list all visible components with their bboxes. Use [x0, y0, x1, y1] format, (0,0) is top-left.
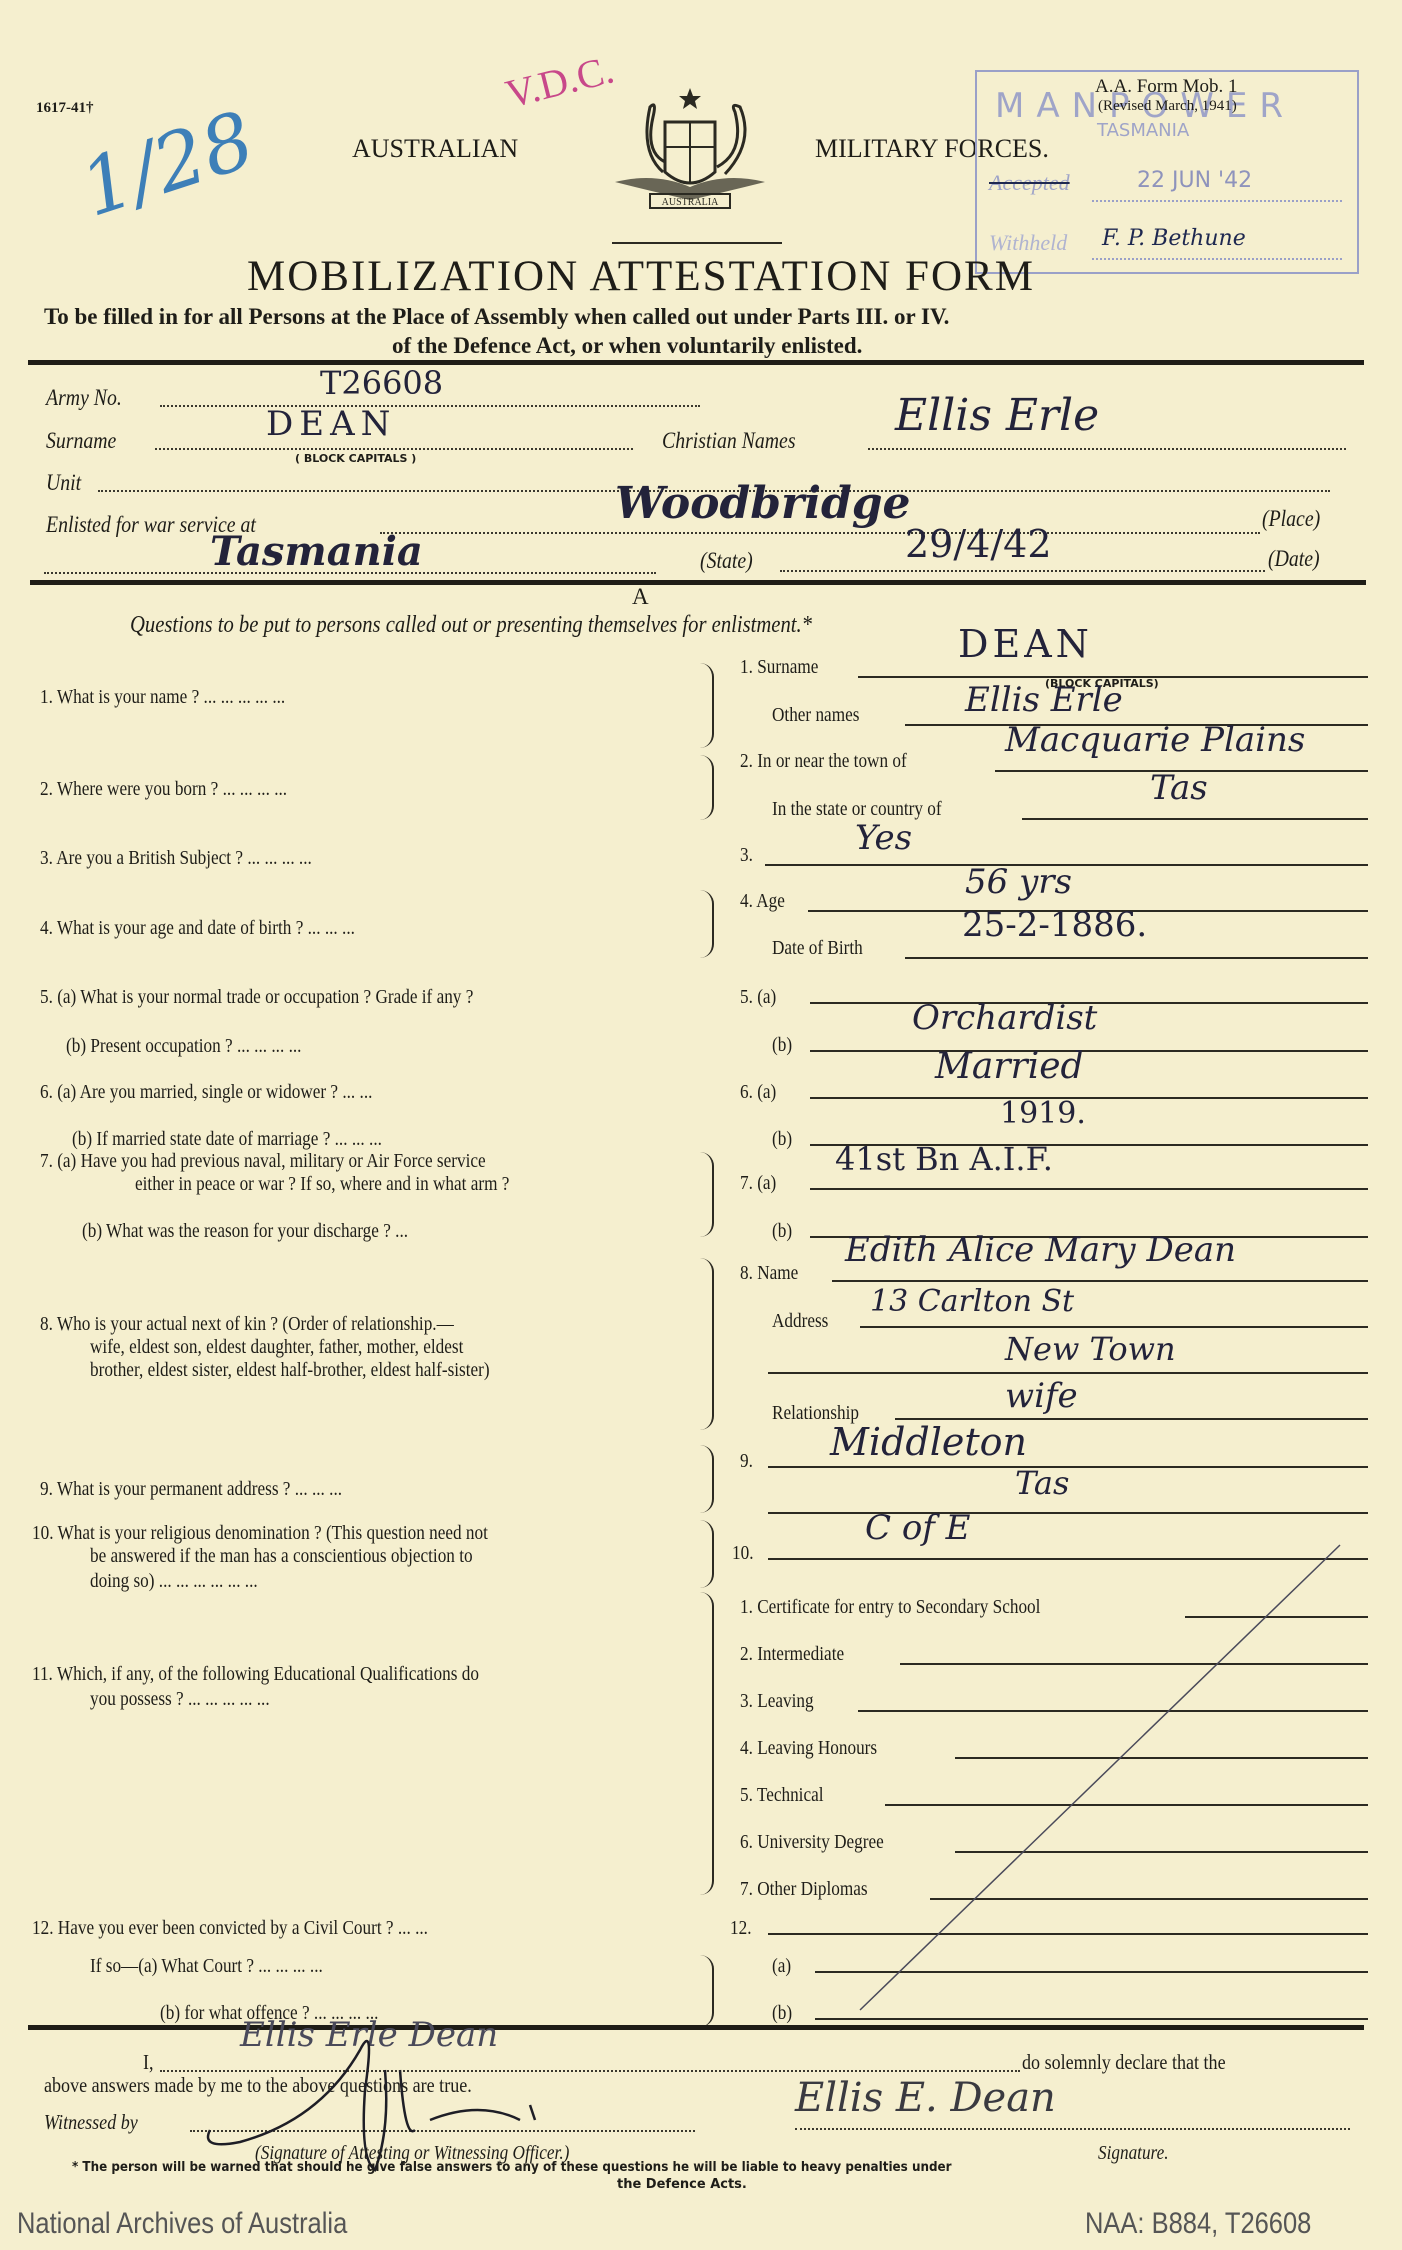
- brace-q2: [700, 755, 714, 820]
- question-8-line1: 8. Who is your actual next of kin ? (Ord…: [40, 1313, 454, 1336]
- question-3: 3. Are you a British Subject ? ... ... .…: [40, 847, 312, 870]
- answer-8-relationship[interactable]: wife: [1005, 1376, 1078, 1416]
- answer-12a-label: (a): [772, 1955, 791, 1978]
- answer-8-name[interactable]: Edith Alice Mary Dean: [845, 1230, 1236, 1270]
- answer-2-state-line: [1022, 818, 1368, 820]
- question-6b: (b) If married state date of marriage ? …: [72, 1128, 382, 1151]
- svg-text:AUSTRALIA: AUSTRALIA: [662, 197, 719, 208]
- footer-reference: NAA: B884, T26608: [1085, 2207, 1311, 2241]
- army-no-line: [160, 405, 700, 407]
- stamp-accepted-line: [1092, 200, 1342, 202]
- divider-fields: [30, 580, 1366, 585]
- manpower-date: 22 JUN '42: [1137, 168, 1252, 193]
- question-10-line3: doing so) ... ... ... ... ... ...: [90, 1570, 258, 1593]
- form-revision: (Revised March, 1941): [1098, 98, 1237, 115]
- answer-5a-label: 5. (a): [740, 986, 776, 1009]
- answer-9-line2-value[interactable]: Tas: [1015, 1464, 1069, 1502]
- warning-line2: the Defence Acts.: [617, 2177, 747, 2192]
- diagonal-strike-line: [850, 1540, 1350, 2020]
- signature-line: [795, 2128, 1350, 2130]
- block-capitals-note: ( BLOCK CAPITALS ): [295, 452, 416, 465]
- answer-2-town[interactable]: Macquarie Plains: [1005, 720, 1305, 760]
- brace-q10: [700, 1520, 714, 1588]
- answer-8-address2[interactable]: New Town: [1005, 1330, 1176, 1368]
- place-suffix: (Place): [1262, 506, 1320, 532]
- attestation-form-page: 1617-41† 1/28 V.D.C. AUSTRALIAN AUSTRALI…: [0, 0, 1402, 2250]
- answer-4-dob-line: [905, 957, 1368, 959]
- question-7a-line2: either in peace or war ? If so, where an…: [135, 1173, 509, 1196]
- question-12a: If so—(a) What Court ? ... ... ... ...: [90, 1955, 323, 1978]
- education-item-label: 5. Technical: [740, 1784, 824, 1807]
- answer-7a-line: [810, 1188, 1368, 1190]
- state-line: [44, 572, 656, 574]
- brace-q11: [700, 1592, 714, 1895]
- answer-8-name-label: 8. Name: [740, 1262, 798, 1285]
- declaration-i-label: I,: [143, 2050, 154, 2075]
- question-8-line2: wife, eldest son, eldest daughter, fathe…: [90, 1336, 463, 1359]
- main-title: MOBILIZATION ATTESTATION FORM: [247, 252, 1035, 301]
- answer-4-dob-label: Date of Birth: [772, 937, 863, 960]
- answer-9-line2: [768, 1512, 1368, 1514]
- answer-8-address-line1: [860, 1326, 1368, 1328]
- manpower-signature: F. P. Bethune: [1102, 226, 1246, 251]
- question-11-line1: 11. Which, if any, of the following Educ…: [32, 1663, 479, 1686]
- footer-archive-name: National Archives of Australia: [17, 2207, 347, 2241]
- witnessed-label: Witnessed by: [44, 2110, 138, 2135]
- section-letter: A: [632, 584, 649, 610]
- form-id: A.A. Form Mob. 1: [1095, 76, 1238, 98]
- answer-6b-label: (b): [772, 1128, 792, 1151]
- question-7b: (b) What was the reason for your dischar…: [82, 1220, 408, 1243]
- surname-value[interactable]: DEAN: [266, 404, 396, 444]
- question-5a: 5. (a) What is your normal trade or occu…: [40, 986, 473, 1009]
- question-1: 1. What is your name ? ... ... ... ... .…: [40, 686, 285, 709]
- surname-line: [155, 448, 633, 450]
- state-value[interactable]: Tasmania: [210, 528, 423, 575]
- form-code: 1617-41†: [36, 100, 94, 117]
- answer-1-other[interactable]: Ellis Erle: [965, 680, 1123, 720]
- applicant-signature[interactable]: Ellis E. Dean: [795, 2075, 1056, 2121]
- brace-q9: [700, 1445, 714, 1513]
- question-10-line1: 10. What is your religious denomination …: [32, 1522, 488, 1545]
- question-10-line2: be answered if the man has a conscientio…: [90, 1545, 473, 1568]
- answer-8-address-line2: [768, 1372, 1368, 1374]
- date-suffix: (Date): [1268, 546, 1320, 572]
- question-2: 2. Where were you born ? ... ... ... ...: [40, 778, 287, 801]
- answer-6a-line: [810, 1097, 1368, 1099]
- answer-7a-label: 7. (a): [740, 1172, 776, 1195]
- question-9: 9. What is your permanent address ? ... …: [40, 1478, 342, 1501]
- warning-line1: * The person will be warned that should …: [72, 2160, 952, 2175]
- stamp-withheld-line: [1092, 258, 1342, 260]
- answer-4-age-label: 4. Age: [740, 890, 785, 913]
- answer-8-address-label: Address: [772, 1310, 828, 1333]
- army-no-label: Army No.: [46, 385, 122, 411]
- brace-q4: [700, 890, 714, 958]
- subtitle-line1: To be filled in for all Persons at the P…: [44, 304, 949, 330]
- answer-5b-label: (b): [772, 1034, 792, 1057]
- place-value[interactable]: Woodbridge: [615, 478, 910, 529]
- brace-q8: [700, 1258, 714, 1430]
- answer-9-label: 9.: [740, 1450, 753, 1473]
- answer-9-line1-value[interactable]: Middleton: [830, 1420, 1027, 1464]
- answer-7a[interactable]: 41st Bn A.I.F.: [835, 1140, 1053, 1178]
- answer-2-state[interactable]: Tas: [1150, 768, 1208, 808]
- answer-12-label: 12.: [730, 1917, 752, 1940]
- christian-names-line: [868, 448, 1346, 450]
- christian-names-value[interactable]: Ellis Erle: [895, 390, 1099, 441]
- brace-q12: [700, 1955, 714, 2027]
- question-8-line3: brother, eldest sister, eldest half-brot…: [90, 1359, 490, 1382]
- date-line: [780, 570, 1265, 572]
- brace-q1: [700, 663, 714, 748]
- education-item-label: 7. Other Diplomas: [740, 1878, 868, 1901]
- brace-q7: [700, 1152, 714, 1237]
- answer-5b[interactable]: Orchardist: [912, 998, 1097, 1038]
- subtitle-line2: of the Defence Act, or when voluntarily …: [392, 333, 862, 359]
- question-4: 4. What is your age and date of birth ? …: [40, 917, 355, 940]
- surname-label: Surname: [46, 428, 116, 454]
- army-no-value[interactable]: T26608: [320, 364, 443, 402]
- state-label: (State): [700, 548, 753, 574]
- title-australian: AUSTRALIAN: [352, 134, 518, 164]
- answer-8-name-line: [832, 1280, 1368, 1282]
- answer-2-town-label: 2. In or near the town of: [740, 750, 907, 773]
- answer-4-dob[interactable]: 25-2-1886.: [962, 905, 1147, 945]
- manpower-stamp-region: TASMANIA: [1097, 120, 1189, 141]
- section-intro: Questions to be put to persons called ou…: [130, 612, 812, 639]
- date-value[interactable]: 29/4/42: [905, 522, 1052, 566]
- question-11-line2: you possess ? ... ... ... ... ...: [90, 1688, 270, 1711]
- divider-top: [28, 360, 1364, 365]
- question-7a-line1: 7. (a) Have you had previous naval, mili…: [40, 1150, 486, 1173]
- answer-6a[interactable]: Married: [935, 1046, 1084, 1087]
- manpower-accepted-label: Accepted: [989, 170, 1070, 196]
- answer-4-age[interactable]: 56 yrs: [965, 862, 1072, 902]
- answer-1-surname-label: 1. Surname: [740, 656, 818, 679]
- question-6a: 6. (a) Are you married, single or widowe…: [40, 1081, 372, 1104]
- place-line: [380, 532, 1260, 534]
- coat-of-arms-icon: AUSTRALIA: [595, 82, 785, 222]
- answer-12b-label: (b): [772, 2002, 792, 2025]
- signature-caption: Signature.: [1098, 2142, 1169, 2165]
- header-rule: [612, 242, 782, 244]
- answer-7b-label: (b): [772, 1220, 792, 1243]
- answer-1-surname[interactable]: DEAN: [958, 622, 1093, 666]
- unit-label: Unit: [46, 470, 81, 496]
- answer-6b[interactable]: 1919.: [1000, 1096, 1086, 1131]
- education-item-label: 3. Leaving: [740, 1690, 814, 1713]
- question-12: 12. Have you ever been convicted by a Ci…: [32, 1917, 428, 1940]
- christian-names-label: Christian Names: [662, 428, 796, 454]
- answer-1-other-label: Other names: [772, 704, 859, 727]
- education-item-label: 2. Intermediate: [740, 1643, 844, 1666]
- answer-8-address1[interactable]: 13 Carlton St: [870, 1284, 1074, 1319]
- question-5b: (b) Present occupation ? ... ... ... ...: [66, 1035, 301, 1058]
- answer-10-label: 10.: [732, 1542, 754, 1565]
- filing-mark: 1/28: [70, 95, 264, 235]
- answer-5b-line: [810, 1050, 1368, 1052]
- declaration-declare-text: do solemnly declare that the: [1022, 2050, 1226, 2075]
- answer-3-label: 3.: [740, 844, 753, 867]
- answer-6a-label: 6. (a): [740, 1081, 776, 1104]
- answer-3[interactable]: Yes: [855, 818, 912, 858]
